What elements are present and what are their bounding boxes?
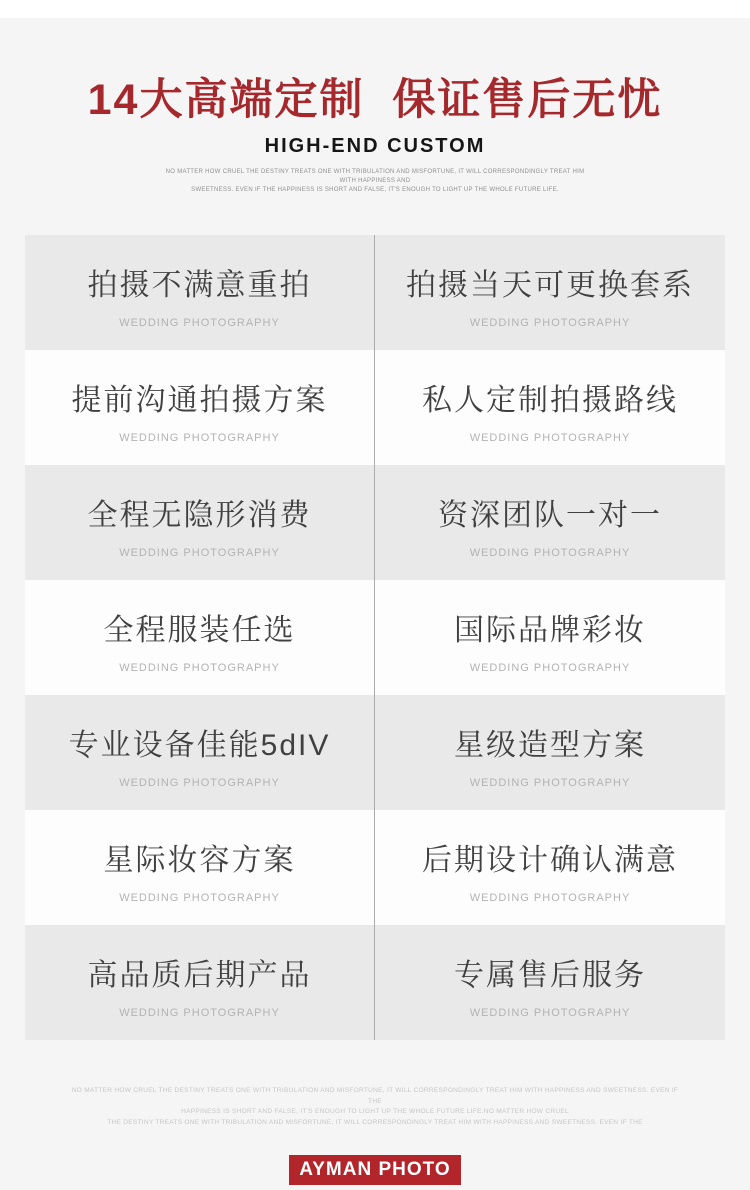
feature-grid: 拍摄不满意重拍 WEDDING PHOTOGRAPHY 拍摄当天可更换套系 WE… [25, 235, 725, 1040]
footer-description-line1: NO MATTER HOW CRUEL THE DESTINY TREATS O… [65, 1086, 685, 1107]
footer-description: NO MATTER HOW CRUEL THE DESTINY TREATS O… [65, 1086, 685, 1128]
feature-subtitle: WEDDING PHOTOGRAPHY [470, 662, 631, 674]
footer-description-line2: HAPPINESS IS SHORT AND FALSE, IT'S ENOUG… [65, 1107, 685, 1118]
feature-title: 拍摄不满意重拍 [88, 260, 312, 304]
feature-subtitle: WEDDING PHOTOGRAPHY [470, 547, 631, 559]
feature-title: 后期设计确认满意 [422, 835, 678, 879]
feature-cell-free-costume: 全程服装任选 WEDDING PHOTOGRAPHY [25, 580, 375, 695]
feature-title: 私人定制拍摄路线 [422, 375, 678, 419]
feature-subtitle: WEDDING PHOTOGRAPHY [119, 317, 280, 329]
feature-cell-after-sales: 专属售后服务 WEDDING PHOTOGRAPHY [375, 925, 725, 1040]
feature-title: 专业设备佳能5dIV [69, 720, 331, 764]
feature-cell-reshoot: 拍摄不满意重拍 WEDDING PHOTOGRAPHY [25, 235, 375, 350]
promo-page: 14大高端定制 保证售后无忧 HIGH-END CUSTOM NO MATTER… [0, 0, 750, 1190]
feature-cell-intl-makeup: 国际品牌彩妆 WEDDING PHOTOGRAPHY [375, 580, 725, 695]
feature-cell-custom-route: 私人定制拍摄路线 WEDDING PHOTOGRAPHY [375, 350, 725, 465]
feature-subtitle: WEDDING PHOTOGRAPHY [470, 317, 631, 329]
feature-title: 资深团队一对一 [438, 490, 662, 534]
feature-subtitle: WEDDING PHOTOGRAPHY [470, 432, 631, 444]
feature-cell-no-hidden-fees: 全程无隐形消费 WEDDING PHOTOGRAPHY [25, 465, 375, 580]
feature-cell-design-confirm: 后期设计确认满意 WEDDING PHOTOGRAPHY [375, 810, 725, 925]
feature-cell-star-styling: 星级造型方案 WEDDING PHOTOGRAPHY [375, 695, 725, 810]
feature-cell-quality-product: 高品质后期产品 WEDDING PHOTOGRAPHY [25, 925, 375, 1040]
page-title: 14大高端定制 保证售后无忧 [0, 78, 750, 123]
top-white-strip [0, 0, 750, 18]
header-description: NO MATTER HOW CRUEL THE DESTINY TREATS O… [160, 168, 590, 195]
feature-title: 星际妆容方案 [104, 835, 296, 879]
feature-cell-change-package: 拍摄当天可更换套系 WEDDING PHOTOGRAPHY [375, 235, 725, 350]
footer-description-line3: THE DESTINY TREATS ONE WITH TRIBULATION … [65, 1118, 685, 1129]
header-description-line1: NO MATTER HOW CRUEL THE DESTINY TREATS O… [160, 168, 590, 186]
feature-subtitle: WEDDING PHOTOGRAPHY [119, 1007, 280, 1019]
feature-subtitle: WEDDING PHOTOGRAPHY [119, 432, 280, 444]
feature-subtitle: WEDDING PHOTOGRAPHY [119, 662, 280, 674]
page-subtitle: HIGH-END CUSTOM [0, 135, 750, 158]
feature-title: 提前沟通拍摄方案 [72, 375, 328, 419]
feature-title: 高品质后期产品 [88, 950, 312, 994]
feature-cell-makeup-plan: 星际妆容方案 WEDDING PHOTOGRAPHY [25, 810, 375, 925]
feature-title: 专属售后服务 [454, 950, 646, 994]
feature-cell-advance-plan: 提前沟通拍摄方案 WEDDING PHOTOGRAPHY [25, 350, 375, 465]
feature-subtitle: WEDDING PHOTOGRAPHY [119, 547, 280, 559]
header-description-line2: SWEETNESS. EVEN IF THE HAPPINESS IS SHOR… [160, 186, 590, 195]
feature-title: 全程无隐形消费 [88, 490, 312, 534]
feature-subtitle: WEDDING PHOTOGRAPHY [119, 777, 280, 789]
feature-subtitle: WEDDING PHOTOGRAPHY [470, 777, 631, 789]
footer: NO MATTER HOW CRUEL THE DESTINY TREATS O… [0, 1086, 750, 1185]
feature-subtitle: WEDDING PHOTOGRAPHY [119, 892, 280, 904]
header: 14大高端定制 保证售后无忧 HIGH-END CUSTOM NO MATTER… [0, 18, 750, 195]
feature-cell-pro-equipment: 专业设备佳能5dIV WEDDING PHOTOGRAPHY [25, 695, 375, 810]
feature-subtitle: WEDDING PHOTOGRAPHY [470, 892, 631, 904]
feature-cell-senior-team: 资深团队一对一 WEDDING PHOTOGRAPHY [375, 465, 725, 580]
brand-button[interactable]: AYMAN PHOTO [289, 1155, 461, 1185]
feature-title: 国际品牌彩妆 [454, 605, 646, 649]
feature-subtitle: WEDDING PHOTOGRAPHY [470, 1007, 631, 1019]
feature-title: 拍摄当天可更换套系 [406, 260, 694, 304]
feature-title: 全程服装任选 [104, 605, 296, 649]
feature-title: 星级造型方案 [454, 720, 646, 764]
